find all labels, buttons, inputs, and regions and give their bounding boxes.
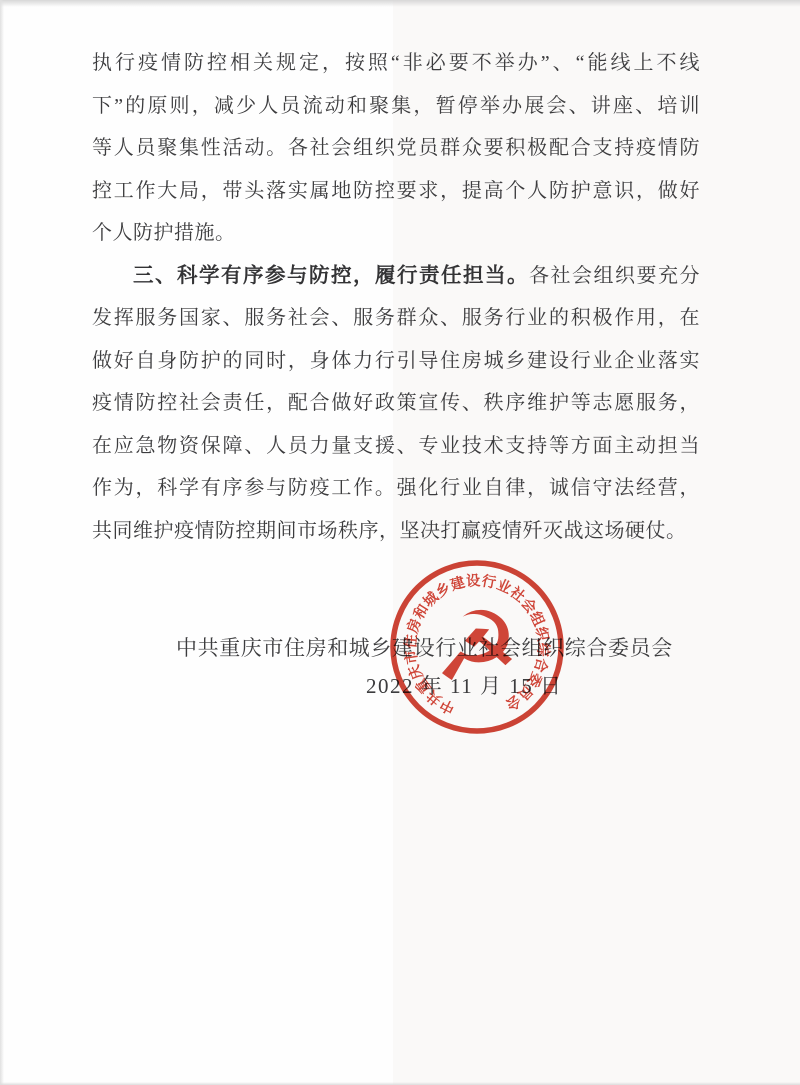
body-line: 个人防护措施。 — [92, 212, 700, 255]
scan-edge-top — [0, 0, 800, 7]
body-line: 共同维护疫情防控期间市场秩序，坚决打赢疫情歼灭战这场硬仗。 — [92, 510, 700, 553]
body-line: 作为，科学有序参与防疫工作。强化行业自律，诚信守法经营， — [92, 467, 700, 510]
body-line: 在应急物资保障、人员力量支援、专业技术支持等方面主动担当 — [92, 425, 700, 468]
document-body: 执行疫情防控相关规定，按照“非必要不举办”、“能线上不线 下”的原则，减少人员流… — [92, 42, 700, 552]
body-line: 等人员聚集性活动。各社会组织党员群众要积极配合支持疫情防 — [92, 127, 700, 170]
body-line: 控工作大局，带头落实属地防控要求，提高个人防护意识，做好 — [92, 170, 700, 213]
body-line: 疫情防控社会责任，配合做好政策宣传、秩序维护等志愿服务， — [92, 382, 700, 425]
official-seal-graphic: 中共重庆市住房和城乡建设行业社会组织综合委员会 ☭ — [387, 557, 567, 737]
body-line: 下”的原则，减少人员流动和聚集，暂停举办展会、讲座、培训 — [92, 85, 700, 128]
scanned-document-page: 执行疫情防控相关规定，按照“非必要不举办”、“能线上不线 下”的原则，减少人员流… — [0, 0, 800, 1085]
party-emblem-icon: ☭ — [434, 591, 520, 703]
scan-edge-left — [0, 0, 4, 1085]
section-lead-rest: 各社会组织要充分 — [529, 265, 700, 287]
official-seal: 中共重庆市住房和城乡建设行业社会组织综合委员会 ☭ — [387, 557, 567, 737]
section-heading-bold: 三、科学有序参与防控，履行责任担当。 — [133, 264, 529, 287]
body-line: 做好自身防护的同时，身体力行引导住房城乡建设行业企业落实 — [92, 340, 700, 383]
body-line: 发挥服务国家、服务社会、服务群众、服务行业的积极作用，在 — [92, 297, 700, 340]
body-line-section-heading: 三、科学有序参与防控，履行责任担当。各社会组织要充分 — [92, 255, 700, 298]
body-line: 执行疫情防控相关规定，按照“非必要不举办”、“能线上不线 — [92, 42, 700, 85]
